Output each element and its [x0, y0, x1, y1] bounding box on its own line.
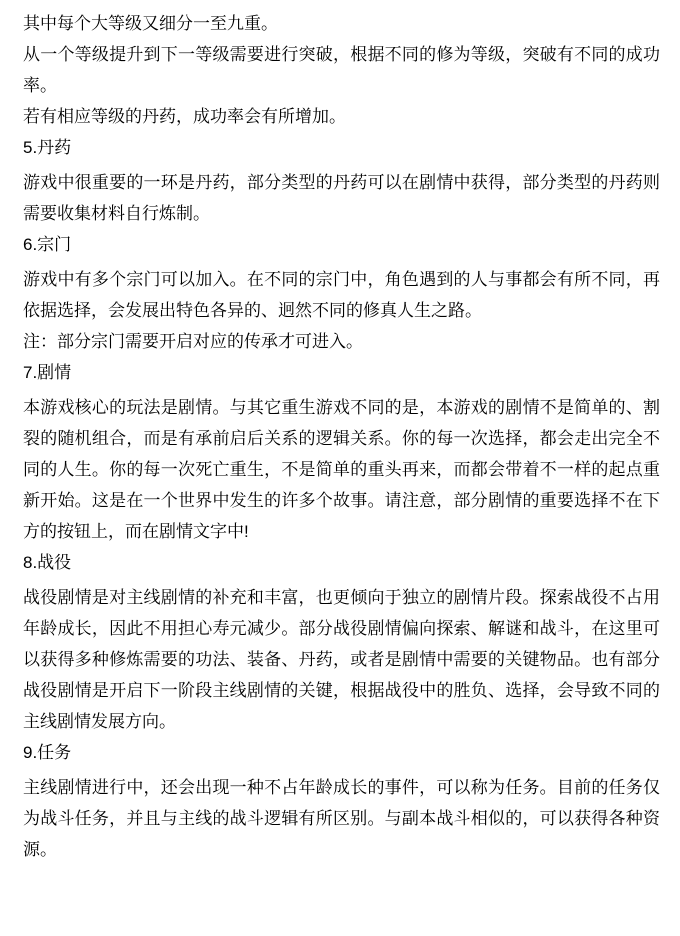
section-heading-6-zongmen: 6.宗门 — [23, 229, 660, 260]
section-heading-5-danyao: 5.丹药 — [23, 132, 660, 163]
paragraph: 主线剧情进行中，还会出现一种不占年龄成长的事件，可以称为任务。目前的任务仅为战斗… — [23, 772, 660, 865]
section-heading-8-zhanyi: 8.战役 — [23, 547, 660, 578]
section-heading-9-renwu: 9.任务 — [23, 737, 660, 768]
paragraph: 其中每个大等级又细分一至九重。 — [23, 8, 660, 39]
paragraph: 若有相应等级的丹药，成功率会有所增加。 — [23, 101, 660, 132]
paragraph: 战役剧情是对主线剧情的补充和丰富，也更倾向于独立的剧情片段。探索战役不占用年龄成… — [23, 582, 660, 737]
paragraph-note: 注：部分宗门需要开启对应的传承才可进入。 — [23, 326, 660, 357]
paragraph: 游戏中有多个宗门可以加入。在不同的宗门中，角色遇到的人与事都会有所不同，再依据选… — [23, 264, 660, 326]
paragraph: 游戏中很重要的一环是丹药，部分类型的丹药可以在剧情中获得，部分类型的丹药则需要收… — [23, 167, 660, 229]
paragraph: 从一个等级提升到下一等级需要进行突破，根据不同的修为等级，突破有不同的成功率。 — [23, 39, 660, 101]
document-page: 其中每个大等级又细分一至九重。 从一个等级提升到下一等级需要进行突破，根据不同的… — [0, 0, 680, 936]
paragraph: 本游戏核心的玩法是剧情。与其它重生游戏不同的是，本游戏的剧情不是简单的、割裂的随… — [23, 392, 660, 547]
section-heading-7-juqing: 7.剧情 — [23, 357, 660, 388]
